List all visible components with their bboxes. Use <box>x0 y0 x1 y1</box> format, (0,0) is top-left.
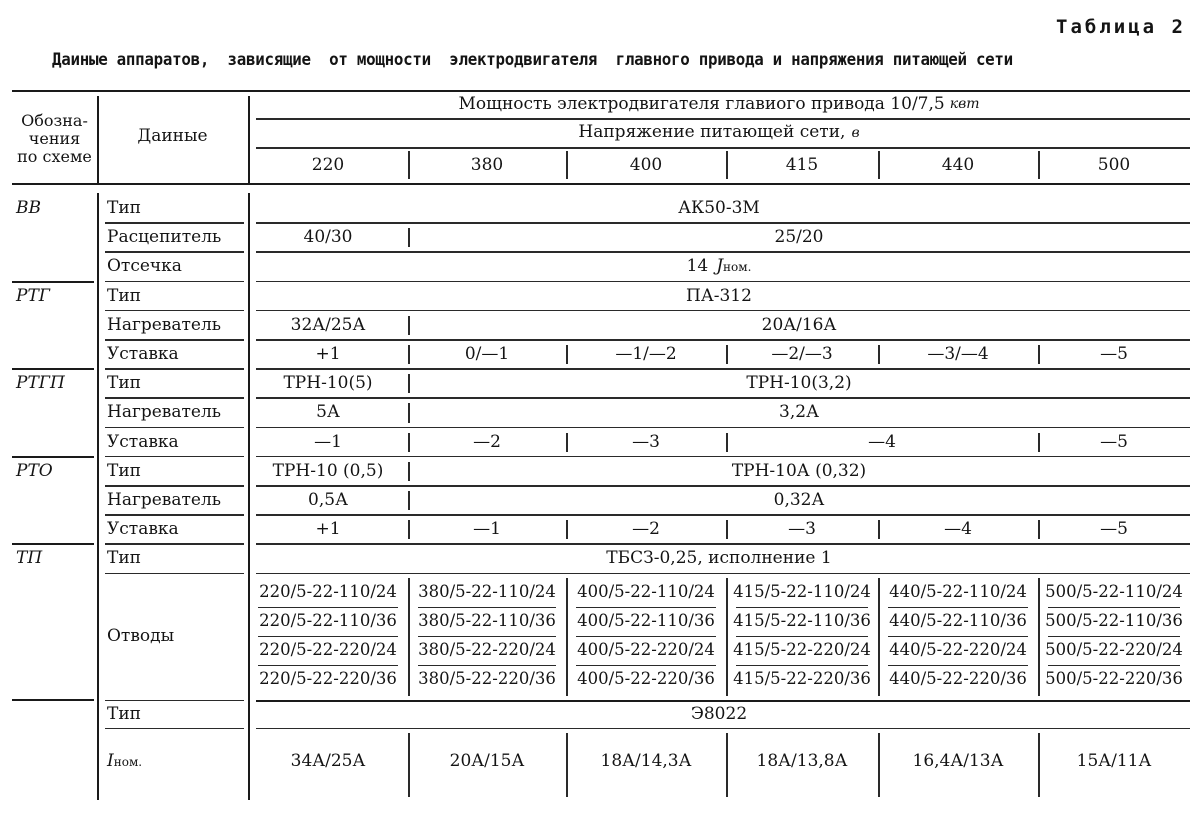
value-cell: —2/—3 <box>726 340 878 369</box>
rule-line <box>105 573 244 575</box>
tap-value: 220/5-22-110/24 <box>248 582 408 601</box>
value-cell: АК50-3М <box>248 194 1190 223</box>
tap-value: 415/5-22-220/36 <box>726 669 878 688</box>
tap-value: 220/5-22-220/24 <box>248 640 408 659</box>
value-cell: —3 <box>726 515 878 544</box>
tap-value: 440/5-22-220/24 <box>878 640 1038 659</box>
group-РТО-designation: РТО <box>12 457 101 486</box>
tap-value: 220/5-22-110/36 <box>248 611 408 630</box>
value-cell: —3/—4 <box>878 340 1038 369</box>
column-divider <box>726 345 728 364</box>
voltage-header: 220 <box>248 147 408 183</box>
value-cell: —2 <box>566 515 726 544</box>
header-power: Мощность электродвигателя главиого приво… <box>248 90 1190 118</box>
tap-value: 380/5-22-220/24 <box>408 640 566 659</box>
value-cell: —1 <box>248 428 408 457</box>
value-cell: 20А/16А <box>408 311 1190 340</box>
value-cell: 32А/25А <box>248 311 408 340</box>
row-label: Уставка <box>107 428 248 457</box>
value-cell: 40/30 <box>248 223 408 252</box>
tap-underline <box>736 665 868 667</box>
group-ТП-designation: ТП <box>12 544 101 573</box>
row-label: Тип <box>107 544 248 573</box>
column-divider <box>408 578 410 696</box>
tap-value: 500/5-22-220/36 <box>1038 669 1190 688</box>
header-designation-line: по схеме <box>17 148 92 166</box>
current-symbol: I <box>107 753 114 770</box>
tap-underline <box>888 636 1028 638</box>
tap-value: 500/5-22-110/24 <box>1038 582 1190 601</box>
column-divider <box>726 433 728 452</box>
row-label: Уставка <box>107 515 248 544</box>
column-divider <box>408 433 410 452</box>
value-cell: —5 <box>1038 515 1190 544</box>
nominal-current-value: 34А/25А <box>248 733 408 791</box>
nominal-current-value: 18А/13,8А <box>726 733 878 791</box>
tap-value: 415/5-22-110/24 <box>726 582 878 601</box>
column-divider <box>408 403 410 422</box>
column-divider <box>726 733 728 797</box>
row-label: Тип <box>107 700 248 729</box>
tap-value: 440/5-22-110/36 <box>878 611 1038 630</box>
nominal-current-value: 16,4А/13А <box>878 733 1038 791</box>
tap-underline <box>1048 665 1180 667</box>
group-РТГП-designation: РТГП <box>12 369 101 398</box>
column-divider <box>726 520 728 539</box>
tap-underline <box>736 636 868 638</box>
value-cell: —4 <box>726 428 1038 457</box>
value-cell: +1 <box>248 515 408 544</box>
voltage-header: 440 <box>878 147 1038 183</box>
column-divider <box>566 578 568 696</box>
tap-underline <box>258 607 398 609</box>
value-cell: —1/—2 <box>566 340 726 369</box>
header-data: Даиные <box>97 90 248 183</box>
current-subscript: ном. <box>723 261 751 273</box>
row-label: Тип <box>107 194 248 223</box>
column-divider <box>1038 733 1040 797</box>
column-divider <box>408 345 410 364</box>
current-symbol: J <box>716 258 723 275</box>
tap-value: 415/5-22-220/24 <box>726 640 878 659</box>
tap-underline <box>258 665 398 667</box>
rule-line <box>12 183 1190 185</box>
value-cell: ТБСЗ-0,25, исполнение 1 <box>248 544 1190 573</box>
rule-line <box>256 728 1190 730</box>
row-label-nominal-current: Iном. <box>107 733 248 791</box>
rule-line <box>256 573 1190 575</box>
row-label: Тип <box>107 282 248 311</box>
group-breaker-designation <box>12 700 101 729</box>
column-divider <box>726 578 728 696</box>
table-number: Таблица 2 <box>1056 16 1186 38</box>
value-cell: ТРН-10А (0,32) <box>408 457 1190 486</box>
group-ВВ-designation: ВВ <box>12 194 101 223</box>
tap-value: 440/5-22-110/24 <box>878 582 1038 601</box>
tap-underline <box>736 607 868 609</box>
row-label: Тип <box>107 369 248 398</box>
voltage-label: Напряжение питающей сети, <box>578 124 845 141</box>
column-divider <box>566 345 568 364</box>
value-cell: 5А <box>248 398 408 427</box>
row-label: Уставка <box>107 340 248 369</box>
column-divider <box>566 733 568 797</box>
header-voltage: Напряжение питающей сети,в <box>248 118 1190 147</box>
voltage-header: 400 <box>566 147 726 183</box>
value-cell: 0/—1 <box>408 340 566 369</box>
column-divider <box>878 578 880 696</box>
value-cell: 0,32А <box>408 486 1190 515</box>
header-designation: Обозна-ченияпо схеме <box>12 94 97 183</box>
column-divider <box>1038 578 1040 696</box>
column-divider <box>566 433 568 452</box>
tap-underline <box>576 607 716 609</box>
row-label: Нагреватель <box>107 311 248 340</box>
tap-underline <box>888 665 1028 667</box>
column-divider <box>566 520 568 539</box>
value-cell: 14Jном. <box>248 252 1190 281</box>
column-divider <box>1038 345 1040 364</box>
row-label: Отсечка <box>107 252 248 281</box>
value-text: 14 <box>687 258 709 275</box>
tap-underline <box>576 665 716 667</box>
value-cell: 3,2А <box>408 398 1190 427</box>
tap-value: 500/5-22-220/24 <box>1038 640 1190 659</box>
column-divider <box>878 733 880 797</box>
tap-underline <box>418 665 556 667</box>
value-cell: ТРН-10 (0,5) <box>248 457 408 486</box>
nominal-current-value: 18А/14,3А <box>566 733 726 791</box>
column-divider <box>1038 433 1040 452</box>
tap-value: 400/5-22-110/24 <box>566 582 726 601</box>
value-cell: 25/20 <box>408 223 1190 252</box>
column-divider <box>408 228 410 247</box>
rule-line <box>105 728 244 730</box>
tap-underline <box>888 607 1028 609</box>
value-cell: —5 <box>1038 428 1190 457</box>
value-cell: Э8022 <box>248 700 1190 729</box>
column-divider <box>408 462 410 481</box>
tap-value: 415/5-22-110/36 <box>726 611 878 630</box>
tap-underline <box>1048 636 1180 638</box>
row-label: Расцепитель <box>107 223 248 252</box>
column-divider <box>408 520 410 539</box>
row-label: Нагреватель <box>107 398 248 427</box>
tap-value: 400/5-22-110/36 <box>566 611 726 630</box>
power-unit: квт <box>950 97 980 111</box>
tap-underline <box>418 636 556 638</box>
row-label: Нагреватель <box>107 486 248 515</box>
nominal-current-value: 20А/15А <box>408 733 566 791</box>
voltage-header: 500 <box>1038 147 1190 183</box>
tap-value: 380/5-22-110/36 <box>408 611 566 630</box>
header-designation-line: Обозна- <box>21 112 88 130</box>
column-divider <box>408 733 410 797</box>
tap-underline <box>576 636 716 638</box>
tap-underline <box>258 636 398 638</box>
value-cell: +1 <box>248 340 408 369</box>
column-divider <box>878 520 880 539</box>
tap-value: 400/5-22-220/24 <box>566 640 726 659</box>
column-divider <box>878 345 880 364</box>
tap-underline <box>1048 607 1180 609</box>
column-divider <box>408 374 410 393</box>
value-cell: ТРН-10(3,2) <box>408 369 1190 398</box>
value-cell: —5 <box>1038 340 1190 369</box>
value-cell: —3 <box>566 428 726 457</box>
column-divider <box>408 316 410 335</box>
table-caption: Даиные аппаратов, зависящие от мощности … <box>52 50 1013 70</box>
nominal-current-value: 15А/11А <box>1038 733 1190 791</box>
power-label: Мощность электродвигателя главиого приво… <box>459 96 945 113</box>
value-cell: ПА-312 <box>248 282 1190 311</box>
tap-value: 500/5-22-110/36 <box>1038 611 1190 630</box>
row-label: Тип <box>107 457 248 486</box>
tap-value: 400/5-22-220/36 <box>566 669 726 688</box>
voltage-header: 380 <box>408 147 566 183</box>
tap-underline <box>418 607 556 609</box>
value-cell: —2 <box>408 428 566 457</box>
row-label: Отводы <box>107 578 248 696</box>
value-cell: ТРН-10(5) <box>248 369 408 398</box>
voltage-unit: в <box>851 126 859 140</box>
header-designation-line: чения <box>29 130 80 148</box>
column-divider <box>1038 520 1040 539</box>
tap-value: 440/5-22-220/36 <box>878 669 1038 688</box>
voltage-header: 415 <box>726 147 878 183</box>
column-divider <box>408 491 410 510</box>
tap-value: 220/5-22-220/36 <box>248 669 408 688</box>
tap-value: 380/5-22-220/36 <box>408 669 566 688</box>
group-РТГ-designation: РТГ <box>12 282 101 311</box>
value-cell: —1 <box>408 515 566 544</box>
tap-value: 380/5-22-110/24 <box>408 582 566 601</box>
value-cell: 0,5А <box>248 486 408 515</box>
value-cell: —4 <box>878 515 1038 544</box>
current-subscript: ном. <box>114 756 142 768</box>
